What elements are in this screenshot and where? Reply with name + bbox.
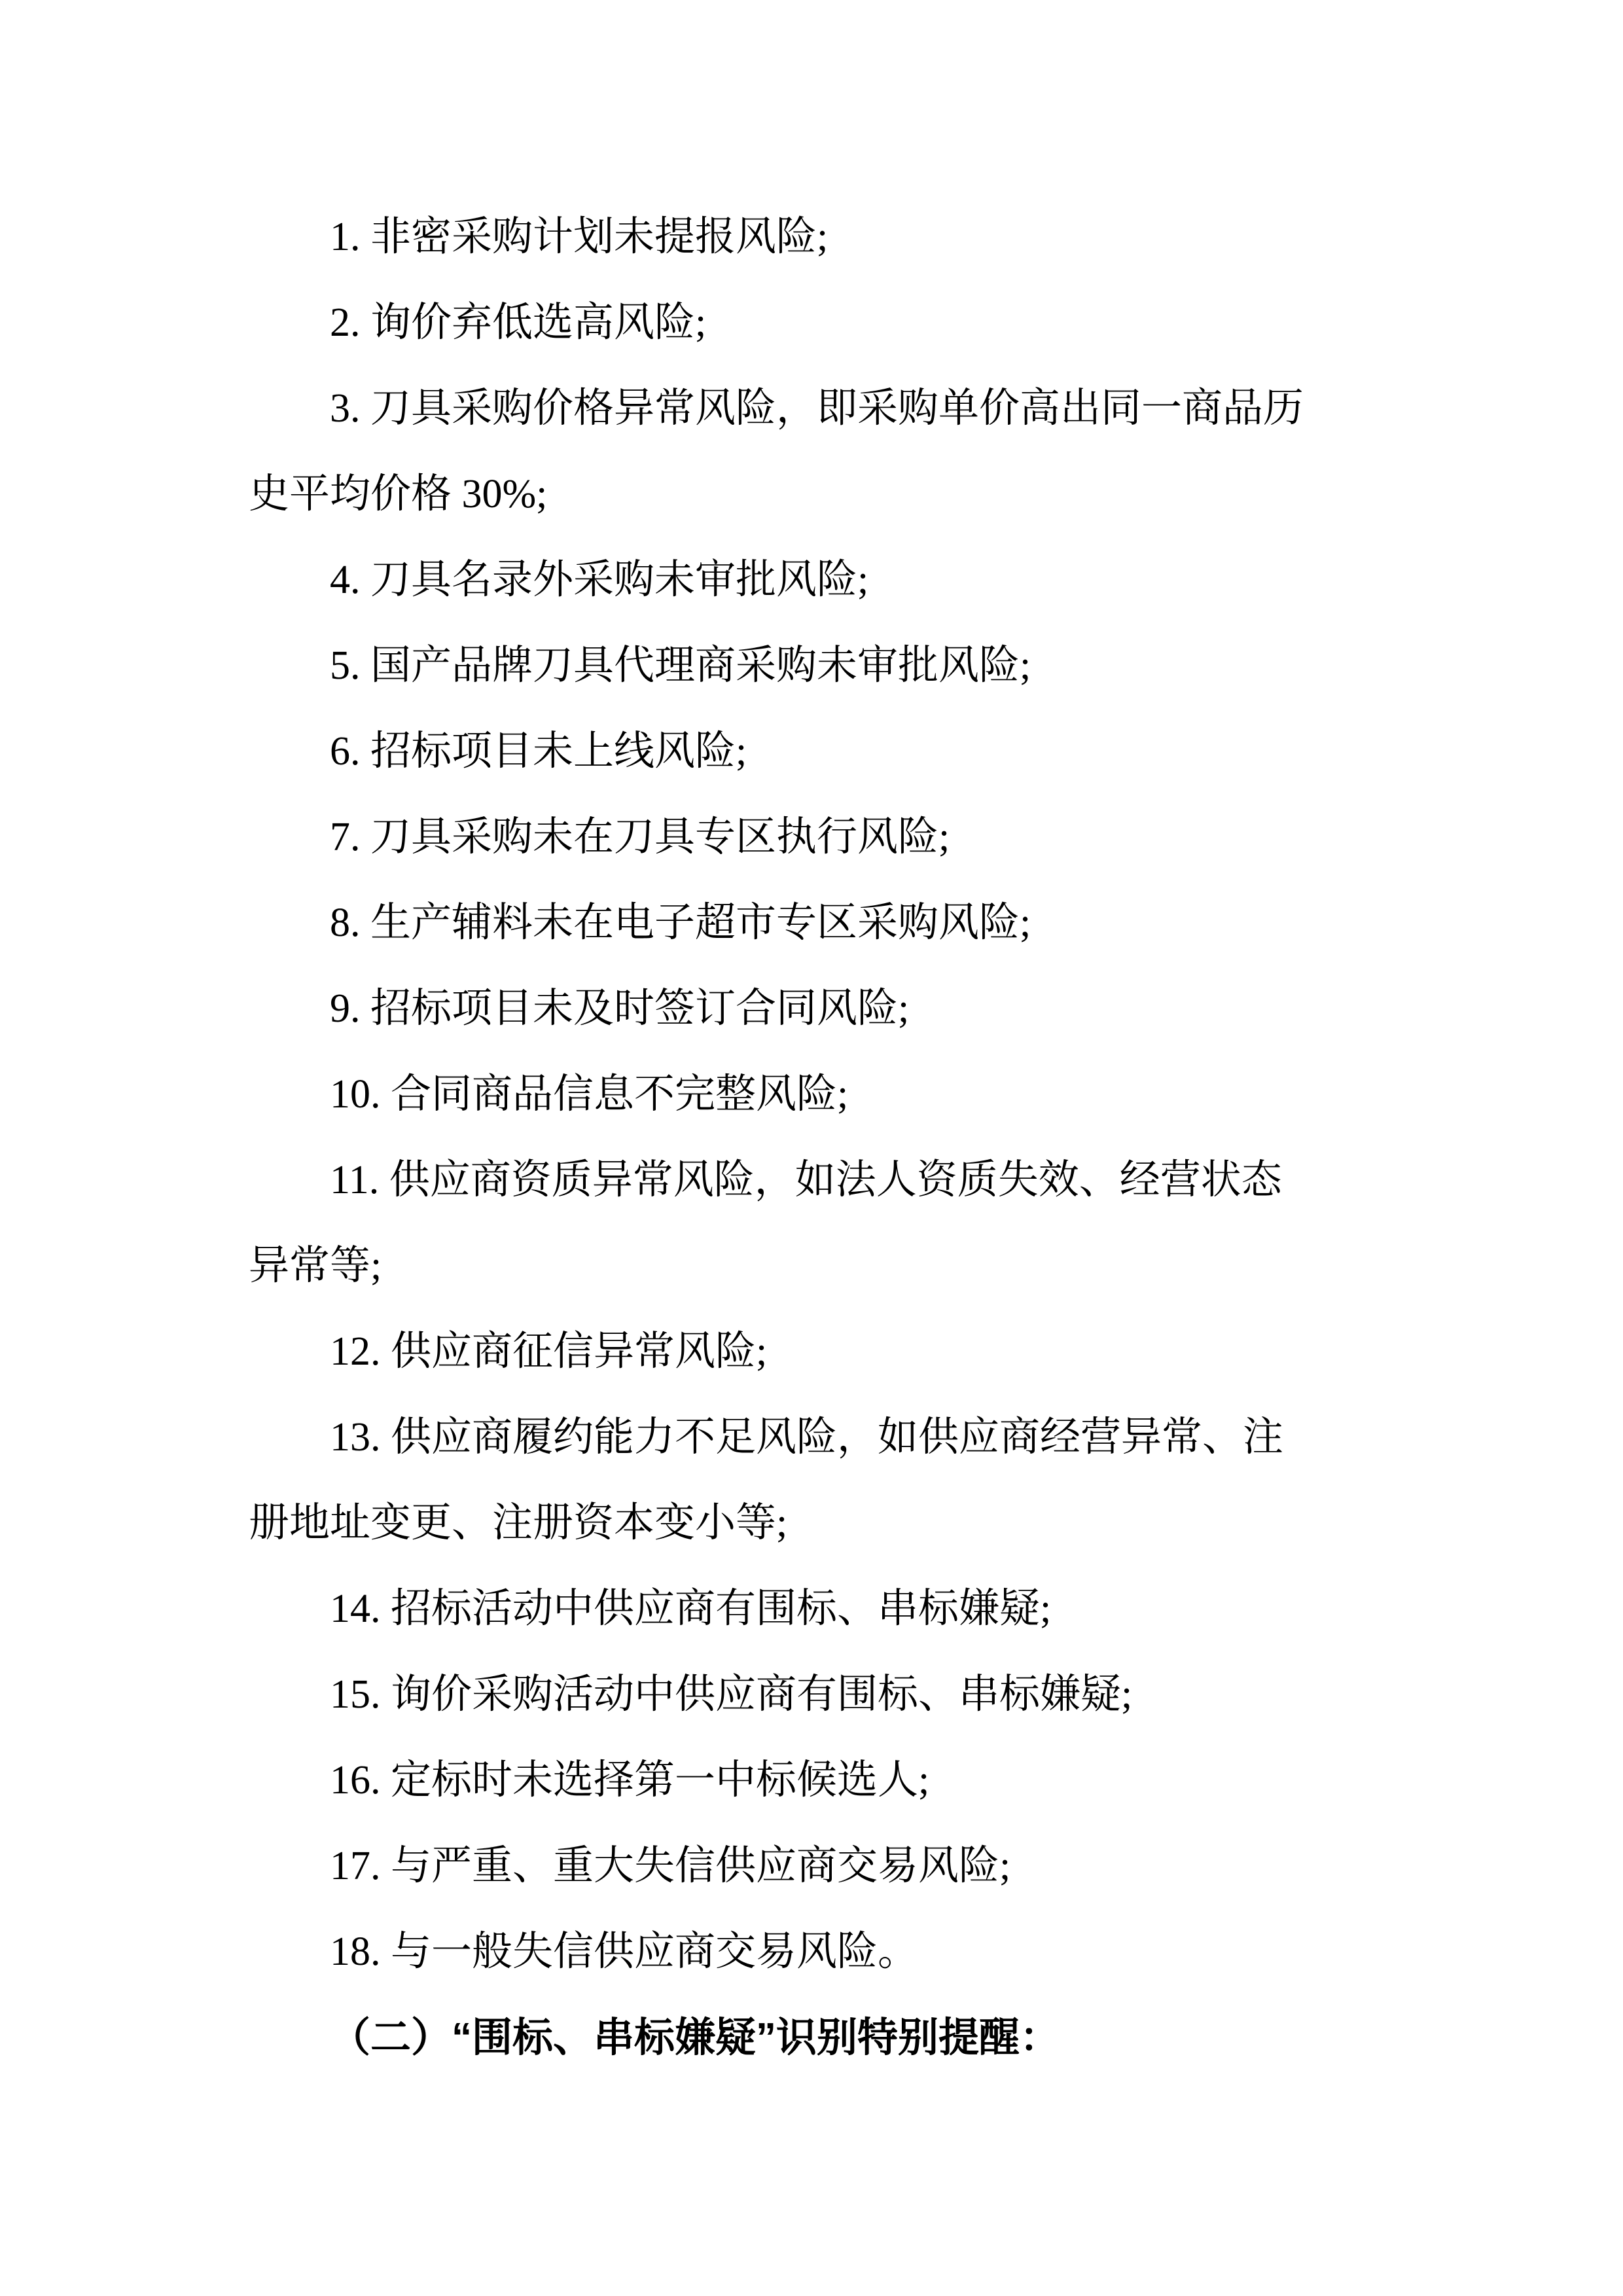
- list-item-line: 4. 刀具名录外采购未审批风险;: [249, 537, 1374, 623]
- continuation-line: 册地址变更、注册资本变小等;: [249, 1480, 1374, 1566]
- list-item-line: 7. 刀具采购未在刀具专区执行风险;: [249, 795, 1374, 880]
- list-item-line: 1. 非密采购计划未提报风险;: [249, 194, 1374, 280]
- list-item-line: 18. 与一般失信供应商交易风险。: [249, 1909, 1374, 1995]
- list-item-line: 17. 与严重、重大失信供应商交易风险;: [249, 1823, 1374, 1909]
- list-item-line: 12. 供应商征信异常风险;: [249, 1309, 1374, 1395]
- list-item-line: 16. 定标时未选择第一中标候选人;: [249, 1738, 1374, 1823]
- list-item-line: 15. 询价采购活动中供应商有围标、串标嫌疑;: [249, 1652, 1374, 1738]
- list-item-line: 2. 询价弃低选高风险;: [249, 280, 1374, 366]
- continuation-line: 史平均价格 30%;: [249, 452, 1374, 537]
- list-item-line: 9. 招标项目未及时签订合同风险;: [249, 966, 1374, 1052]
- list-item-line: 8. 生产辅料未在电子超市专区采购风险;: [249, 880, 1374, 966]
- list-item-line: 14. 招标活动中供应商有围标、串标嫌疑;: [249, 1566, 1374, 1652]
- list-item-line: 13. 供应商履约能力不足风险，如供应商经营异常、注: [249, 1395, 1374, 1480]
- list-item-line: 5. 国产品牌刀具代理商采购未审批风险;: [249, 623, 1374, 709]
- list-item-line: 3. 刀具采购价格异常风险，即采购单价高出同一商品历: [249, 366, 1374, 452]
- list-item-line: 10. 合同商品信息不完整风险;: [249, 1052, 1374, 1138]
- continuation-line: 异常等;: [249, 1223, 1374, 1309]
- list-item-line: 6. 招标项目未上线风险;: [249, 709, 1374, 795]
- page: 1. 非密采购计划未提报风险; 2. 询价弃低选高风险; 3. 刀具采购价格异常…: [0, 0, 1623, 2296]
- document-body: 1. 非密采购计划未提报风险; 2. 询价弃低选高风险; 3. 刀具采购价格异常…: [249, 194, 1374, 2081]
- section-heading: （二）“围标、串标嫌疑”识别特别提醒：: [249, 1995, 1374, 2081]
- list-item-line: 11. 供应商资质异常风险，如法人资质失效、经营状态: [249, 1138, 1374, 1223]
